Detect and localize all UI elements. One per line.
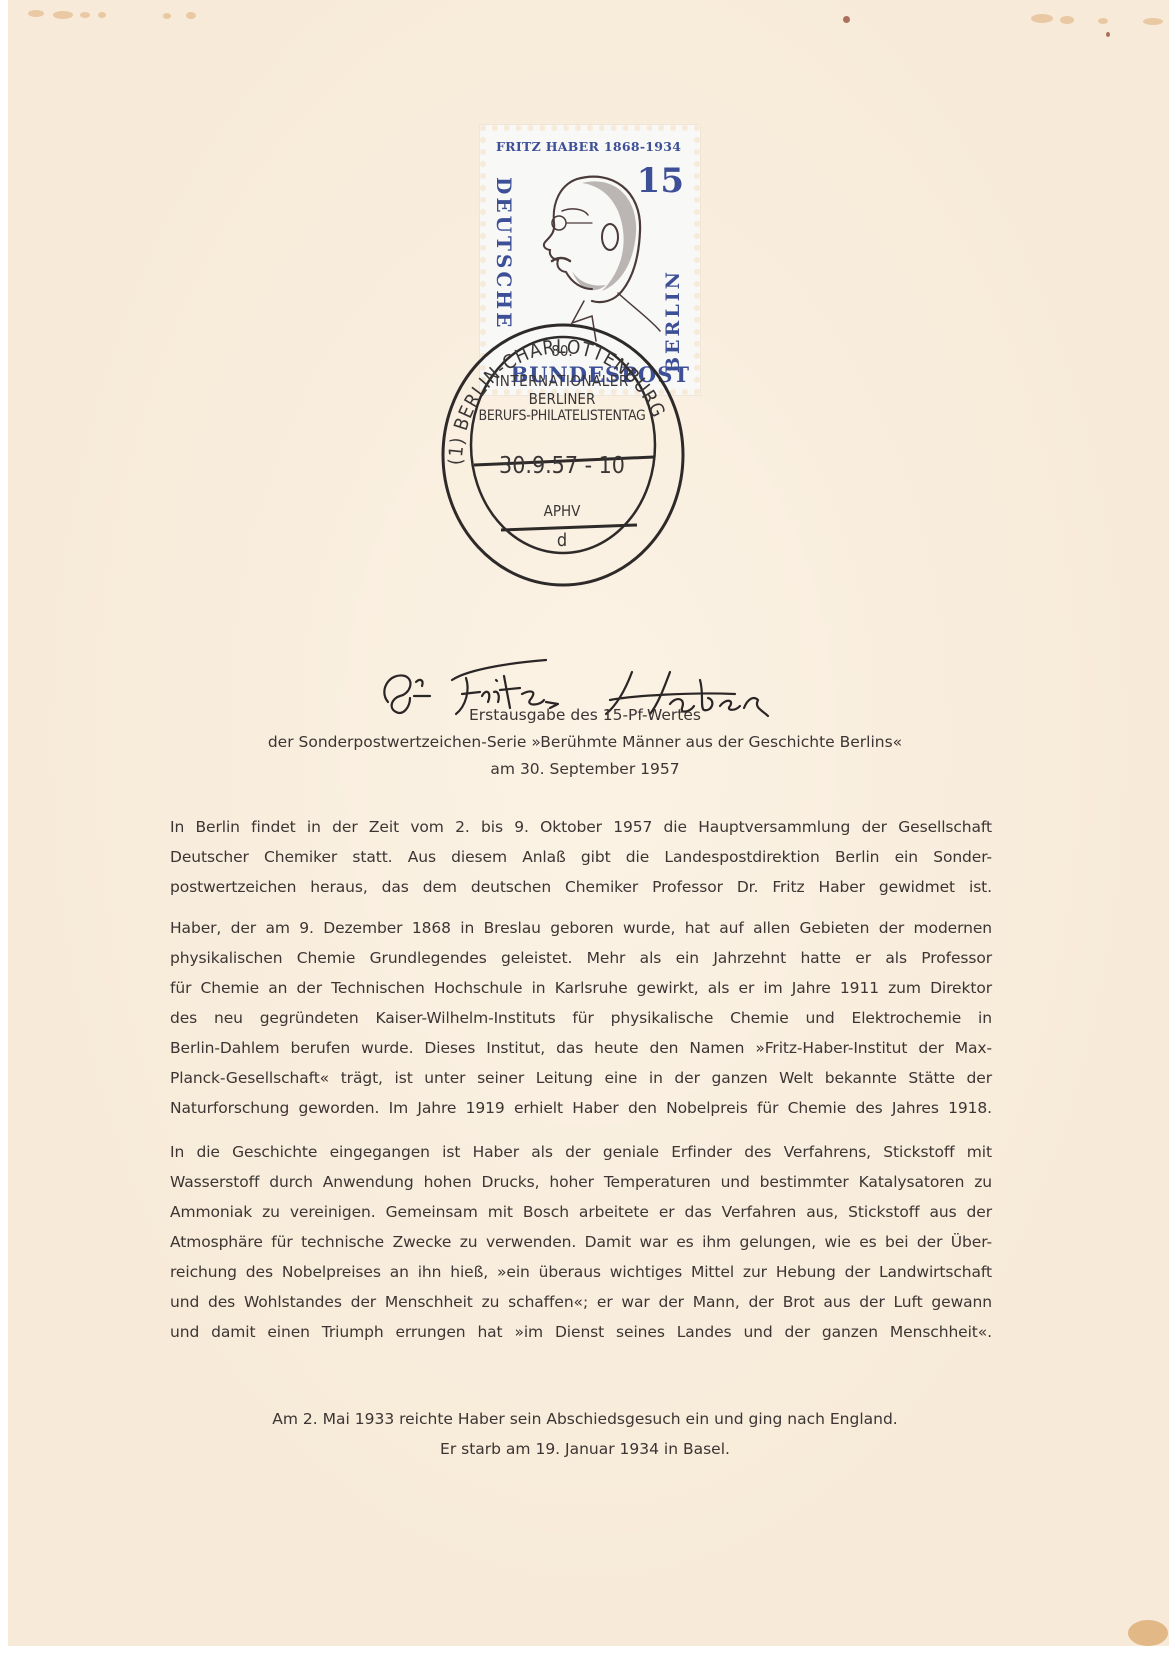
stain-mark bbox=[1106, 32, 1110, 37]
text-line: und des Wohlstandes der Menschheit zu sc… bbox=[170, 1287, 992, 1317]
stain-mark bbox=[1098, 18, 1108, 24]
stain-mark bbox=[1031, 14, 1053, 23]
closing-line: Er starb am 19. Januar 1934 in Basel. bbox=[170, 1434, 1000, 1464]
postmark-code: APHV bbox=[422, 502, 702, 520]
text-line: Deutscher Chemiker statt. Aus diesem Anl… bbox=[170, 842, 992, 872]
heading-line: Erstausgabe des 15-Pf-Wertes bbox=[170, 702, 1000, 729]
postmark-cancellation: (1) BERLIN-CHARLOTTENBURG 9 80. INTERNAT… bbox=[422, 300, 702, 600]
heading-line: am 30. September 1957 bbox=[170, 756, 1000, 783]
stain-mark bbox=[843, 16, 850, 23]
text-line: und damit einen Triumph errungen hat »im… bbox=[170, 1317, 992, 1347]
stain-mark bbox=[28, 10, 44, 17]
postmark-edition: 80. bbox=[422, 342, 702, 360]
text-line: physikalischen Chemie Grundlegendes gele… bbox=[170, 943, 992, 973]
text-line: des neu gegründeten Kaiser-Wilhelm-Insti… bbox=[170, 1003, 992, 1033]
postmark-line-1: INTERNATIONALER bbox=[422, 372, 702, 390]
text-line: In Berlin findet in der Zeit vom 2. bis … bbox=[170, 812, 992, 842]
paragraph-occasion: In Berlin findet in der Zeit vom 2. bis … bbox=[170, 812, 992, 902]
closing-line: Am 2. Mai 1933 reichte Haber sein Abschi… bbox=[170, 1404, 1000, 1434]
stain-mark bbox=[80, 12, 90, 18]
stain-mark bbox=[53, 11, 73, 19]
text-line: Naturforschung geworden. Im Jahre 1919 e… bbox=[170, 1093, 992, 1123]
text-line: Planck-Gesellschaft« trägt, ist unter se… bbox=[170, 1063, 992, 1093]
text-line: Atmosphäre für technische Zwecke zu verw… bbox=[170, 1227, 992, 1257]
text-line: Haber, der am 9. Dezember 1868 in Bresla… bbox=[170, 913, 992, 943]
postmark-line-2: BERLINER bbox=[422, 390, 702, 408]
stain-mark bbox=[1128, 1620, 1168, 1646]
heading-line: der Sonderpostwertzeichen-Serie »Berühmt… bbox=[170, 729, 1000, 756]
text-line: reichung des Nobelpreises an ihn hieß, »… bbox=[170, 1257, 992, 1287]
text-line: postwertzeichen heraus, das dem deutsche… bbox=[170, 872, 992, 902]
text-line: Berlin-Dahlem berufen wurde. Dieses Inst… bbox=[170, 1033, 992, 1063]
issue-heading: Erstausgabe des 15-Pf-Wertes der Sonderp… bbox=[170, 702, 1000, 783]
text-line: In die Geschichte eingegangen ist Haber … bbox=[170, 1137, 992, 1167]
closing-note: Am 2. Mai 1933 reichte Haber sein Abschi… bbox=[170, 1404, 1000, 1464]
postmark-line-3: BERUFS-PHILATELISTENTAG bbox=[422, 408, 702, 424]
text-line: für Chemie an der Technischen Hochschule… bbox=[170, 973, 992, 1003]
stain-mark bbox=[1143, 18, 1163, 25]
text-line: Wasserstoff durch Anwendung hohen Drucks… bbox=[170, 1167, 992, 1197]
stamp-title: FRITZ HABER 1868-1934 bbox=[496, 139, 686, 154]
text-line: Ammoniak zu vereinigen. Gemeinsam mit Bo… bbox=[170, 1197, 992, 1227]
paragraph-biography: Haber, der am 9. Dezember 1868 in Bresla… bbox=[170, 913, 992, 1123]
stain-mark bbox=[1060, 16, 1074, 24]
stain-mark bbox=[186, 12, 196, 19]
stain-mark bbox=[163, 13, 171, 19]
paragraph-invention: In die Geschichte eingegangen ist Haber … bbox=[170, 1137, 992, 1347]
stain-mark bbox=[98, 12, 106, 18]
postmark-letter: d bbox=[422, 530, 702, 551]
postmark-date: 30.9.57 - 10 bbox=[422, 453, 702, 479]
